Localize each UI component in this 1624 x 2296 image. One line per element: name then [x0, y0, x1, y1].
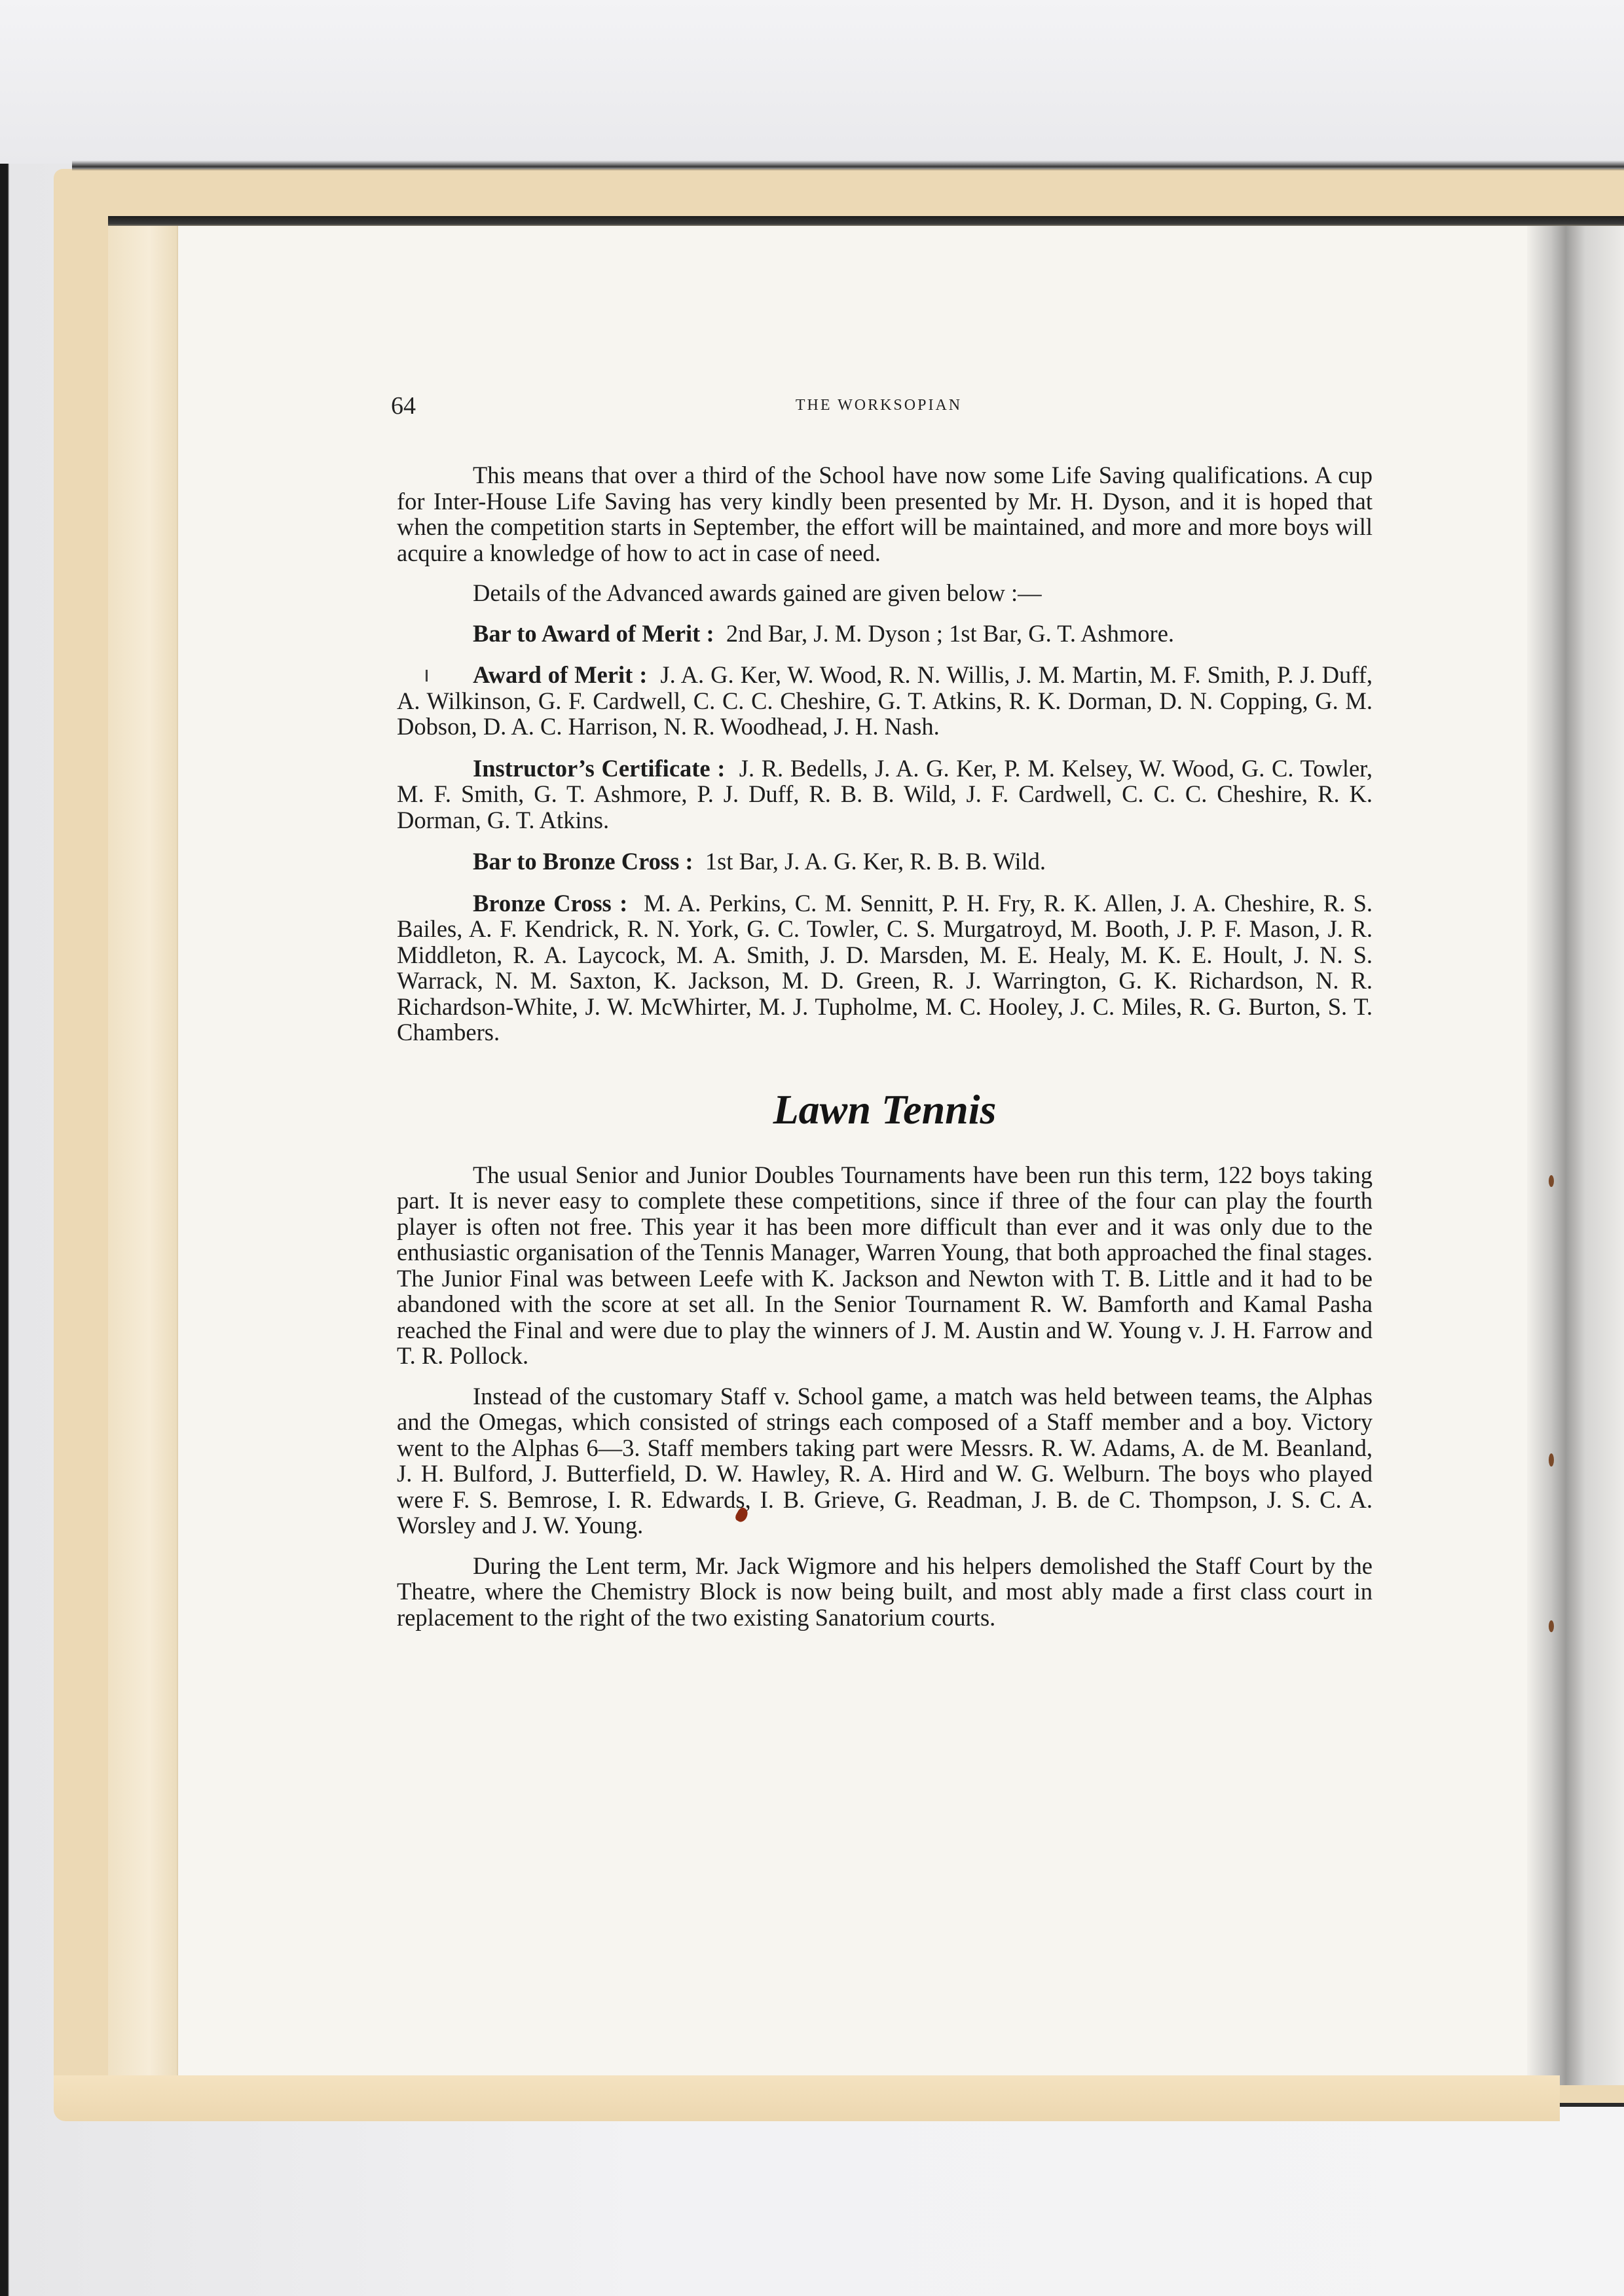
- gutter-spot: [1549, 1175, 1554, 1187]
- life-saving-intro: This means that over a third of the Scho…: [397, 462, 1373, 566]
- journal-title: THE WORKSOPIAN: [391, 397, 1367, 414]
- award-entry-bronze-cross: Bronze Cross : M. A. Perkins, C. M. Senn…: [397, 890, 1373, 1046]
- cover-edge-shadow: [72, 160, 1624, 171]
- binding-strip: [108, 226, 179, 2075]
- award-entry-bar-award-of-merit: Bar to Award of Merit : 2nd Bar, J. M. D…: [397, 621, 1373, 647]
- award-recipients: 2nd Bar, J. M. Dyson ; 1st Bar, G. T. As…: [726, 620, 1174, 647]
- tennis-paragraph: Instead of the customary Staff v. School…: [397, 1383, 1373, 1539]
- running-head: 64 THE WORKSOPIAN: [391, 392, 1367, 418]
- tennis-paragraph: During the Lent term, Mr. Jack Wigmore a…: [397, 1553, 1373, 1631]
- gutter-spot: [1549, 1620, 1554, 1632]
- award-label: Bar to Award of Merit :: [473, 620, 714, 647]
- award-entry-bar-bronze-cross: Bar to Bronze Cross : 1st Bar, J. A. G. …: [397, 848, 1373, 875]
- award-label: Bronze Cross :: [473, 890, 627, 917]
- award-entry-instructors-certificate: Instructor’s Certificate : J. R. Bedells…: [397, 756, 1373, 833]
- book-gutter: [1527, 226, 1624, 2085]
- scanner-background: [0, 0, 1624, 164]
- award-label: Bar to Bronze Cross :: [473, 848, 693, 875]
- award-label: Award of Merit :: [473, 661, 647, 688]
- section-heading-lawn-tennis: Lawn Tennis: [397, 1084, 1373, 1136]
- article-body: This means that over a third of the Scho…: [397, 462, 1373, 1645]
- book-bottom-edge: [54, 2075, 1560, 2121]
- gutter-spot: [1549, 1453, 1554, 1467]
- awards-intro: Details of the Advanced awards gained ar…: [397, 580, 1373, 606]
- award-entry-award-of-merit: Award of Merit : J. A. G. Ker, W. Wood, …: [397, 662, 1373, 740]
- tennis-paragraph: The usual Senior and Junior Doubles Tour…: [397, 1162, 1373, 1369]
- award-label: Instructor’s Certificate :: [473, 755, 725, 782]
- award-recipients: 1st Bar, J. A. G. Ker, R. B. B. Wild.: [705, 848, 1046, 875]
